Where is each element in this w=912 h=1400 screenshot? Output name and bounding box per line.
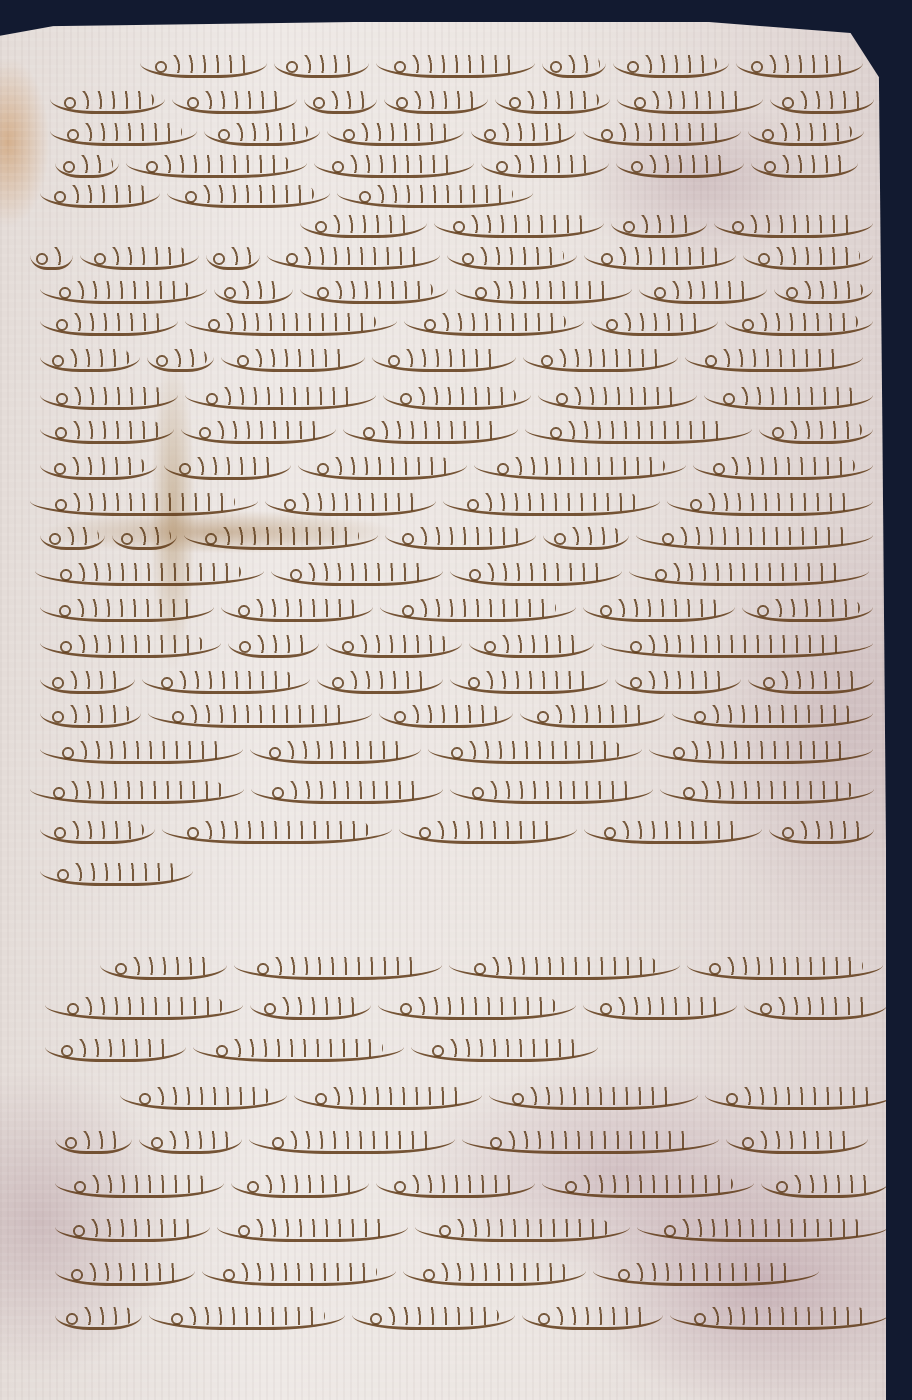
handwritten-word (185, 311, 397, 336)
handwritten-word (376, 53, 535, 78)
handwritten-word (221, 597, 373, 622)
handwritten-word (726, 1129, 868, 1154)
handwritten-word (326, 633, 462, 658)
handwritten-word (613, 53, 729, 78)
handwritten-word (403, 1261, 586, 1286)
handwritten-word (40, 347, 140, 372)
manuscript-line (30, 774, 880, 804)
handwritten-word (670, 1305, 888, 1330)
handwritten-word (769, 819, 874, 844)
handwritten-word (35, 561, 264, 586)
handwritten-word (744, 995, 887, 1020)
handwritten-word (80, 245, 199, 270)
handwritten-word (147, 347, 214, 372)
handwritten-word (617, 89, 763, 114)
handwritten-word (379, 703, 513, 728)
handwritten-word (474, 455, 686, 480)
handwritten-word (774, 279, 873, 304)
manuscript-page (0, 22, 886, 1400)
handwritten-word (489, 1085, 698, 1110)
handwritten-word (748, 121, 864, 146)
handwritten-word (636, 525, 873, 550)
handwritten-word (181, 419, 336, 444)
handwritten-word (742, 597, 873, 622)
manuscript-line (45, 990, 895, 1020)
handwritten-word (450, 779, 653, 804)
manuscript-line (100, 950, 890, 980)
handwritten-word (267, 245, 440, 270)
handwritten-word (543, 525, 629, 550)
handwritten-word (40, 861, 193, 886)
handwritten-word (376, 1173, 535, 1198)
manuscript-line (40, 734, 880, 764)
handwritten-word (337, 183, 533, 208)
handwritten-word (616, 153, 744, 178)
handwritten-word (164, 455, 291, 480)
handwritten-word (525, 419, 752, 444)
handwritten-word (538, 385, 697, 410)
handwritten-word (142, 669, 310, 694)
handwritten-word (148, 703, 372, 728)
handwritten-word (50, 121, 197, 146)
handwritten-word (100, 955, 227, 980)
handwritten-word (736, 53, 863, 78)
handwritten-word (139, 1129, 242, 1154)
handwritten-word (55, 1217, 210, 1242)
handwritten-word (300, 279, 448, 304)
manuscript-line (45, 1032, 605, 1062)
handwritten-word (522, 1305, 663, 1330)
handwritten-word (761, 1173, 888, 1198)
handwritten-word (411, 1037, 598, 1062)
handwritten-word (30, 779, 244, 804)
handwritten-word (193, 1037, 404, 1062)
manuscript-line (300, 208, 880, 238)
handwritten-word (167, 183, 330, 208)
handwritten-word (314, 153, 474, 178)
handwritten-word (428, 739, 642, 764)
manuscript-line (40, 592, 880, 622)
manuscript-line (50, 84, 880, 114)
handwritten-word (120, 1085, 287, 1110)
manuscript-line (50, 116, 870, 146)
handwritten-word (649, 739, 873, 764)
manuscript-line (55, 1124, 875, 1154)
handwritten-word (372, 347, 516, 372)
handwritten-word (185, 385, 376, 410)
handwritten-word (601, 633, 873, 658)
handwritten-word (45, 995, 243, 1020)
handwritten-word (251, 779, 443, 804)
handwritten-word (265, 491, 436, 516)
handwritten-word (667, 491, 873, 516)
manuscript-line (40, 628, 880, 658)
manuscript-line (40, 814, 880, 844)
handwritten-word (45, 1037, 186, 1062)
handwritten-word (40, 669, 135, 694)
handwritten-word (162, 819, 392, 844)
handwritten-word (542, 1173, 754, 1198)
handwritten-word (206, 245, 260, 270)
handwritten-word (637, 1217, 888, 1242)
handwritten-word (469, 633, 594, 658)
handwritten-word (380, 597, 576, 622)
handwritten-word (40, 739, 243, 764)
handwritten-word (352, 1305, 515, 1330)
handwritten-word (140, 53, 267, 78)
handwritten-word (40, 183, 160, 208)
handwritten-word (55, 1173, 224, 1198)
handwritten-word (30, 491, 258, 516)
manuscript-line (40, 450, 880, 480)
handwritten-word (542, 53, 606, 78)
manuscript-line (40, 520, 880, 550)
manuscript-line (40, 306, 880, 336)
handwritten-word (202, 1261, 396, 1286)
handwritten-word (231, 1173, 369, 1198)
handwritten-word (748, 669, 874, 694)
handwritten-word (30, 245, 73, 270)
handwritten-word (583, 995, 737, 1020)
handwritten-word (250, 739, 421, 764)
handwritten-word (384, 89, 488, 114)
handwritten-word (385, 525, 536, 550)
handwritten-word (725, 311, 873, 336)
handwritten-word (40, 703, 141, 728)
handwritten-word (687, 955, 883, 980)
handwritten-word (343, 419, 518, 444)
handwritten-word (40, 597, 214, 622)
handwritten-word (449, 955, 680, 980)
handwritten-word (693, 455, 873, 480)
handwritten-word (629, 561, 869, 586)
handwritten-word (447, 245, 577, 270)
handwritten-word (149, 1305, 345, 1330)
handwritten-word (40, 819, 155, 844)
handwritten-word (228, 633, 319, 658)
handwritten-word (249, 1129, 455, 1154)
handwritten-word (214, 279, 293, 304)
handwritten-word (450, 669, 608, 694)
handwritten-word (250, 995, 371, 1020)
manuscript-line (30, 240, 880, 270)
handwritten-word (40, 525, 105, 550)
handwritten-word (112, 525, 177, 550)
manuscript-line (120, 1080, 900, 1110)
handwritten-word (317, 669, 443, 694)
handwritten-word (40, 455, 157, 480)
handwritten-word (471, 121, 576, 146)
handwritten-word (704, 385, 873, 410)
handwritten-word (450, 561, 622, 586)
handwritten-word (298, 455, 467, 480)
handwritten-word (583, 597, 735, 622)
handwritten-word (40, 311, 178, 336)
handwritten-word (234, 955, 442, 980)
handwritten-word (184, 525, 378, 550)
handwritten-word (126, 153, 307, 178)
handwritten-word (274, 53, 369, 78)
handwritten-word (434, 213, 604, 238)
handwritten-word (378, 995, 576, 1020)
handwritten-word (40, 385, 178, 410)
manuscript-line (55, 1212, 895, 1242)
manuscript-line (30, 486, 880, 516)
handwritten-word (523, 347, 678, 372)
handwritten-word (383, 385, 531, 410)
handwritten-word (714, 213, 873, 238)
handwritten-word (660, 779, 874, 804)
manuscript-line (40, 698, 880, 728)
manuscript-line (40, 664, 880, 694)
handwritten-word (462, 1129, 719, 1154)
handwritten-word (611, 213, 707, 238)
handwritten-word (404, 311, 584, 336)
handwritten-word (415, 1217, 630, 1242)
handwritten-word (294, 1085, 482, 1110)
manuscript-line (55, 1300, 895, 1330)
handwritten-word (50, 89, 165, 114)
handwritten-word (327, 121, 464, 146)
handwritten-word (55, 1305, 142, 1330)
handwritten-word (495, 89, 610, 114)
handwritten-word (304, 89, 377, 114)
handwritten-word (217, 1217, 408, 1242)
manuscript-line (40, 178, 540, 208)
handwritten-word (584, 819, 762, 844)
manuscript-line (35, 556, 875, 586)
handwritten-word (271, 561, 443, 586)
handwritten-word (204, 121, 320, 146)
handwritten-word (172, 89, 297, 114)
handwritten-word (40, 279, 207, 304)
handwritten-word (751, 153, 858, 178)
handwritten-word (743, 245, 873, 270)
handwritten-word (300, 213, 427, 238)
handwritten-word (770, 89, 874, 114)
manuscript-line (55, 1168, 895, 1198)
handwritten-word (481, 153, 609, 178)
handwritten-word (584, 245, 736, 270)
handwritten-word (55, 1261, 195, 1286)
handwritten-word (685, 347, 863, 372)
handwritten-word (40, 419, 174, 444)
handwritten-word (591, 311, 718, 336)
manuscript-line (140, 48, 870, 78)
handwritten-word (55, 153, 119, 178)
handwritten-word (705, 1085, 893, 1110)
handwritten-word (455, 279, 632, 304)
handwritten-word (615, 669, 741, 694)
handwritten-word (639, 279, 767, 304)
handwritten-word (443, 491, 660, 516)
handwritten-word (221, 347, 365, 372)
manuscript-line (40, 414, 880, 444)
manuscript-line (40, 380, 880, 410)
manuscript-line (40, 856, 200, 886)
handwritten-word (593, 1261, 819, 1286)
handwritten-word (520, 703, 665, 728)
manuscript-line (40, 342, 870, 372)
handwritten-word (55, 1129, 132, 1154)
handwritten-word (759, 419, 873, 444)
handwritten-word (399, 819, 577, 844)
manuscript-line (55, 148, 865, 178)
handwritten-word (583, 121, 741, 146)
handwritten-word (672, 703, 873, 728)
manuscript-line (55, 1256, 825, 1286)
manuscript-line (40, 274, 880, 304)
handwritten-word (40, 633, 221, 658)
